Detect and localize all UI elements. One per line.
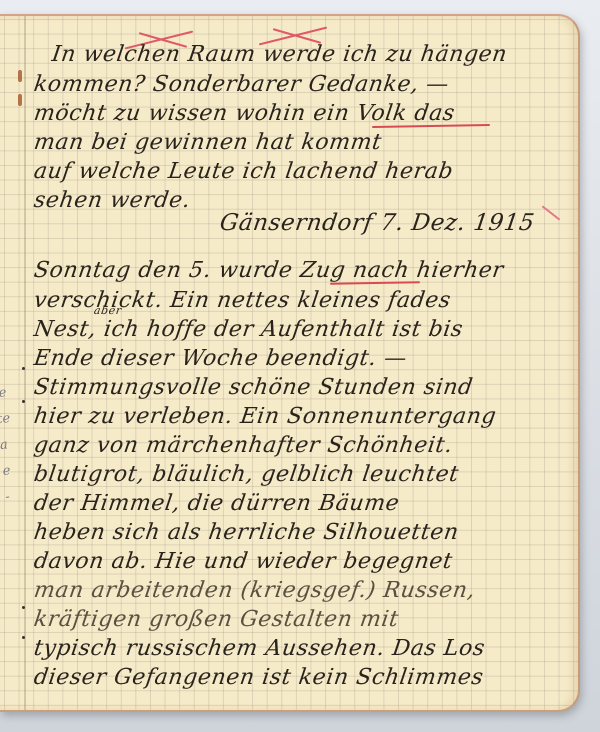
text-line: Nest, ich hoffe der Aufenthalt ist bis — [32, 317, 464, 342]
margin-dot — [22, 400, 25, 403]
text-line: auf welche Leute ich lachend herab — [32, 159, 455, 184]
text-line: In welchen Raum werde ich zu hängen — [50, 42, 509, 67]
margin-scribble: te — [0, 405, 21, 433]
text-line: der Himmel, die dürren Bäume — [32, 491, 401, 516]
rust-spot — [18, 94, 22, 106]
margin-dot — [22, 606, 25, 609]
text-line: Ende dieser Woche beendigt. — — [32, 346, 408, 371]
text-line: typisch russischem Aussehen. Das Los — [32, 636, 486, 661]
text-line: Sonntag den 5. wurde Zug nach hierher — [32, 258, 505, 283]
margin-dot — [22, 367, 25, 370]
text-line: hier zu verleben. Ein Sonnenuntergang — [32, 404, 498, 429]
text-line: davon ab. Hie und wieder begegnet — [32, 549, 454, 574]
text-line: sehen werde. — [32, 188, 192, 213]
interlinear-insertion: aber — [93, 304, 123, 317]
text-line: ganz von märchenhafter Schönheit. — [32, 433, 454, 458]
margin-dot — [22, 636, 25, 639]
margin-scribble: a — [0, 431, 23, 459]
text-line: heben sich als herrliche Silhouetten — [32, 520, 460, 545]
margin-scribble: e — [1, 457, 26, 485]
text-line: man arbeitenden (kriegsgef.) Russen, — [32, 578, 477, 603]
text-line: dieser Gefangenen ist kein Schlimmes — [32, 665, 485, 690]
text-line: Stimmungsvolle schöne Stunden sind — [32, 375, 474, 400]
rust-spot — [18, 70, 22, 82]
text-line: kräftigen großen Gestalten mit — [32, 607, 400, 632]
margin-scribble: le — [0, 379, 18, 407]
entry-place-date: Gänserndorf 7. Dez. 1915 — [218, 210, 536, 236]
text-line: kommen? Sonderbarer Gedanke, — — [32, 72, 450, 97]
text-line: möcht zu wissen wohin ein Volk das — [32, 101, 456, 126]
text-line: man bei gewinnen hat kommt — [32, 130, 383, 155]
margin-scribble: - — [4, 483, 29, 511]
text-line: blutigrot, bläulich, gelblich leuchtet — [32, 462, 460, 487]
